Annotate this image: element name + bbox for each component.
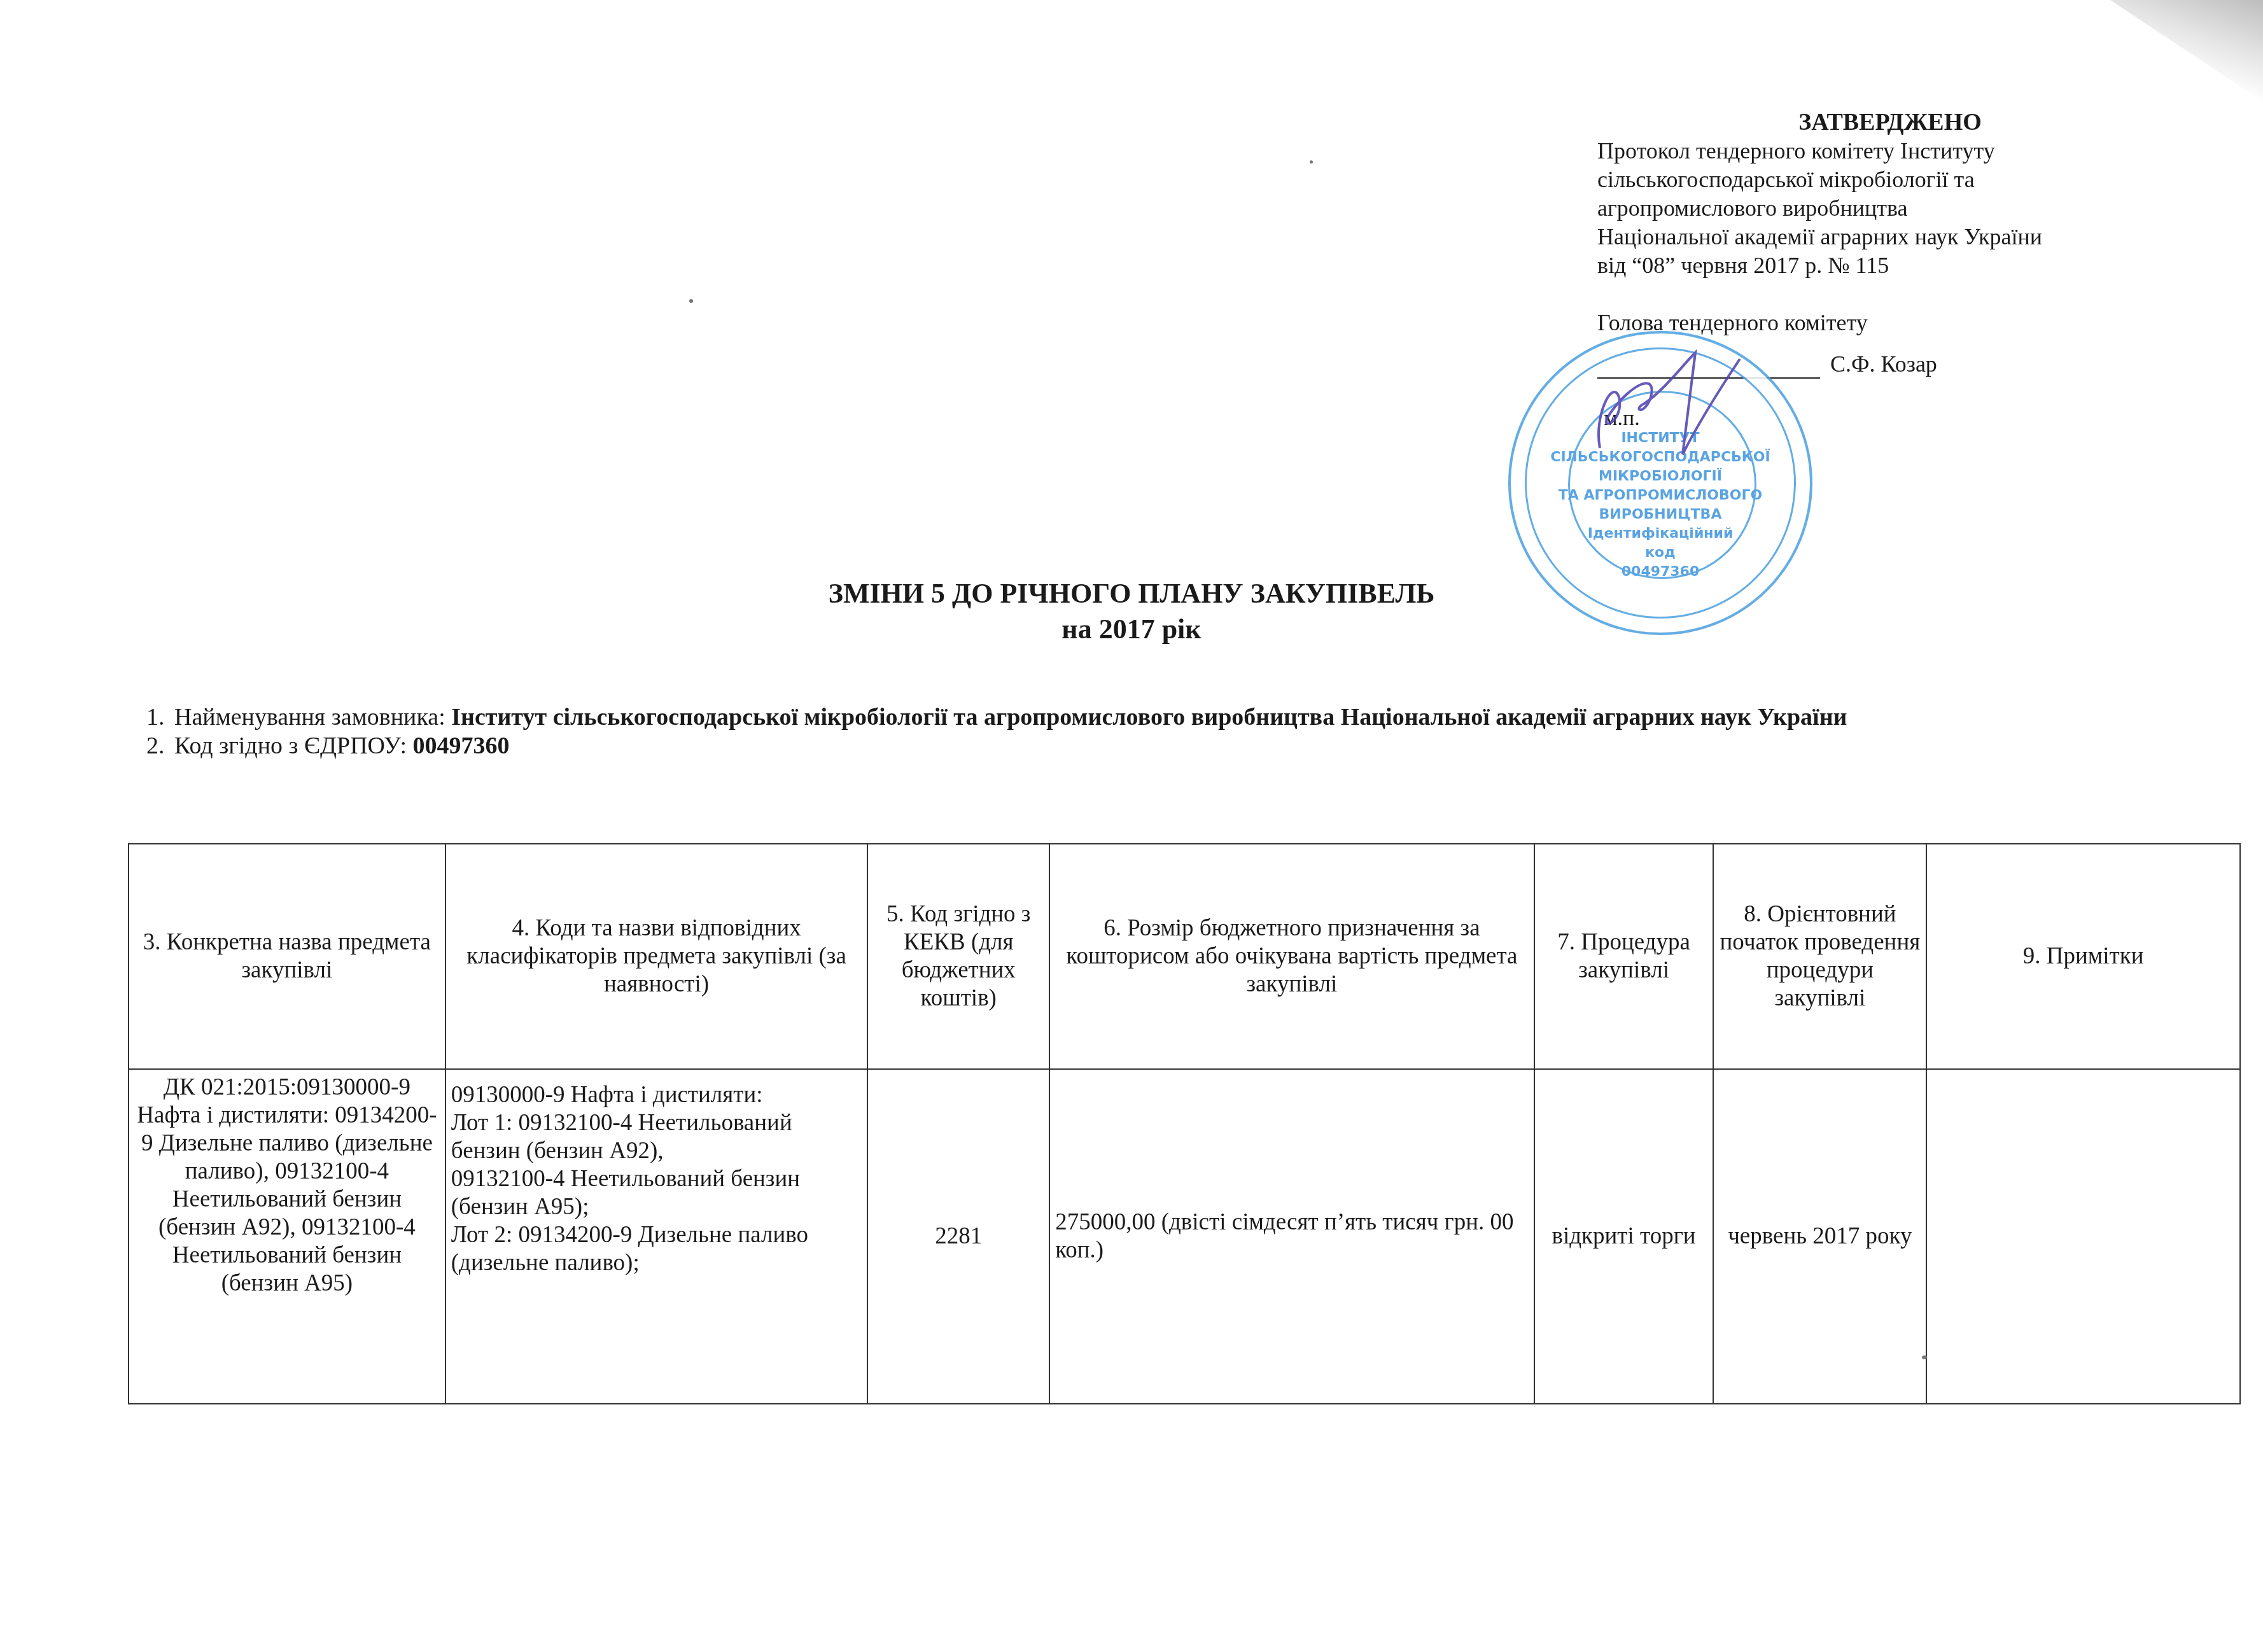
header-classifier: 4. Коди та назви відповідних класифікато… [445, 844, 868, 1069]
seal-mark: м.п. [1604, 404, 2234, 433]
page-curl-shadow [2072, 0, 2263, 102]
table-header-row: 3. Конкретна назва предмета закупівлі 4.… [129, 844, 2240, 1069]
stamp-line: ВИРОБНИЦТВА [1511, 505, 1810, 524]
approved-heading: ЗАТВЕРДЖЕНО [1737, 108, 2043, 137]
approval-line: від “08” червня 2017 р. № 115 [1597, 251, 2234, 280]
classifier-line: 09132100-4 Неетильований бензин (бензин … [451, 1165, 862, 1221]
stamp-text: ІНСТИТУТ СІЛЬСЬКОГОСПОДАРСЬКОЇ МІКРОБІОЛ… [1511, 429, 1810, 582]
header-notes: 9. Примітки [1926, 844, 2240, 1069]
chairman-label: Голова тендерного комітету [1597, 309, 2234, 337]
approval-line: Національної академії аграрних наук Укра… [1597, 223, 2234, 251]
customer-code-label: Код згідно з ЄДРПОУ: [174, 732, 407, 759]
cell-budget: 275000,00 (двісті сімдесят п’ять тисяч г… [1049, 1069, 1534, 1404]
customer-code-value: 00497360 [412, 732, 509, 759]
procurement-plan-table: 3. Конкретна назва предмета закупівлі 4.… [128, 843, 2241, 1404]
customer-name-item: Найменування замовника: Інститут сільськ… [171, 703, 2234, 732]
approval-line: агропромислового виробництва [1597, 194, 2234, 223]
customer-info: Найменування замовника: Інститут сільськ… [134, 703, 2234, 760]
classifier-line: 09130000-9 Нафта і дистиляти: [451, 1081, 862, 1109]
scan-speck [1310, 160, 1313, 164]
table-row: ДК 021:2015:09130000-9 Нафта і дистиляти… [129, 1069, 2240, 1404]
cell-procedure: відкриті торги [1534, 1069, 1714, 1404]
cell-kekv: 2281 [867, 1069, 1049, 1404]
header-kekv: 5. Код згідно з КЕКВ (для бюджетних кошт… [867, 844, 1049, 1069]
header-budget: 6. Розмір бюджетного призначення за кошт… [1049, 844, 1534, 1069]
approval-block: ЗАТВЕРДЖЕНО Протокол тендерного комітету… [1597, 108, 2234, 433]
stamp-line: СІЛЬСЬКОГОСПОДАРСЬКОЇ [1511, 448, 1810, 467]
document-title-block: ЗМІНИ 5 ДО РІЧНОГО ПЛАНУ ЗАКУПІВЕЛЬ на 2… [0, 576, 2263, 647]
classifier-line: Лот 1: 09132100-4 Неетильований бензин (… [451, 1109, 862, 1165]
stamp-line: Ідентифікаційний [1511, 524, 1810, 543]
header-procedure: 7. Процедура закупівлі [1534, 844, 1714, 1069]
signature-line: С.Ф. Козар [1597, 350, 2234, 379]
approval-line: сільськогосподарської мікробіології та [1597, 165, 2234, 194]
cell-notes [1926, 1069, 2240, 1404]
stamp-line: МІКРОБІОЛОГІЇ [1511, 467, 1810, 486]
customer-name-label: Найменування замовника: [174, 704, 445, 731]
classifier-line: Лот 2: 09134200-9 Дизельне паливо (дизел… [451, 1221, 862, 1277]
chairman-name: С.Ф. Козар [1830, 350, 1937, 379]
customer-code-item: Код згідно з ЄДРПОУ: 00497360 [171, 732, 2234, 760]
stamp-line: код [1511, 543, 1810, 563]
cell-start: червень 2017 року [1713, 1069, 1926, 1404]
document-subtitle: на 2017 рік [0, 612, 2263, 647]
cell-subject: ДК 021:2015:09130000-9 Нафта і дистиляти… [129, 1069, 445, 1404]
document-title: ЗМІНИ 5 ДО РІЧНОГО ПЛАНУ ЗАКУПІВЕЛЬ [0, 576, 2263, 612]
customer-name-value: Інститут сільськогосподарської мікробіол… [451, 704, 1847, 731]
header-subject: 3. Конкретна назва предмета закупівлі [129, 844, 445, 1069]
signature-blank [1597, 354, 1820, 379]
stamp-line: ТА АГРОПРОМИСЛОВОГО [1511, 486, 1810, 505]
cell-classifier: 09130000-9 Нафта і дистиляти: Лот 1: 091… [445, 1069, 868, 1404]
scan-speck [689, 299, 693, 303]
scan-speck [1922, 1355, 1927, 1359]
header-start: 8. Орієнтовний початок проведення процед… [1713, 844, 1926, 1069]
approval-line: Протокол тендерного комітету Інституту [1597, 137, 2234, 165]
